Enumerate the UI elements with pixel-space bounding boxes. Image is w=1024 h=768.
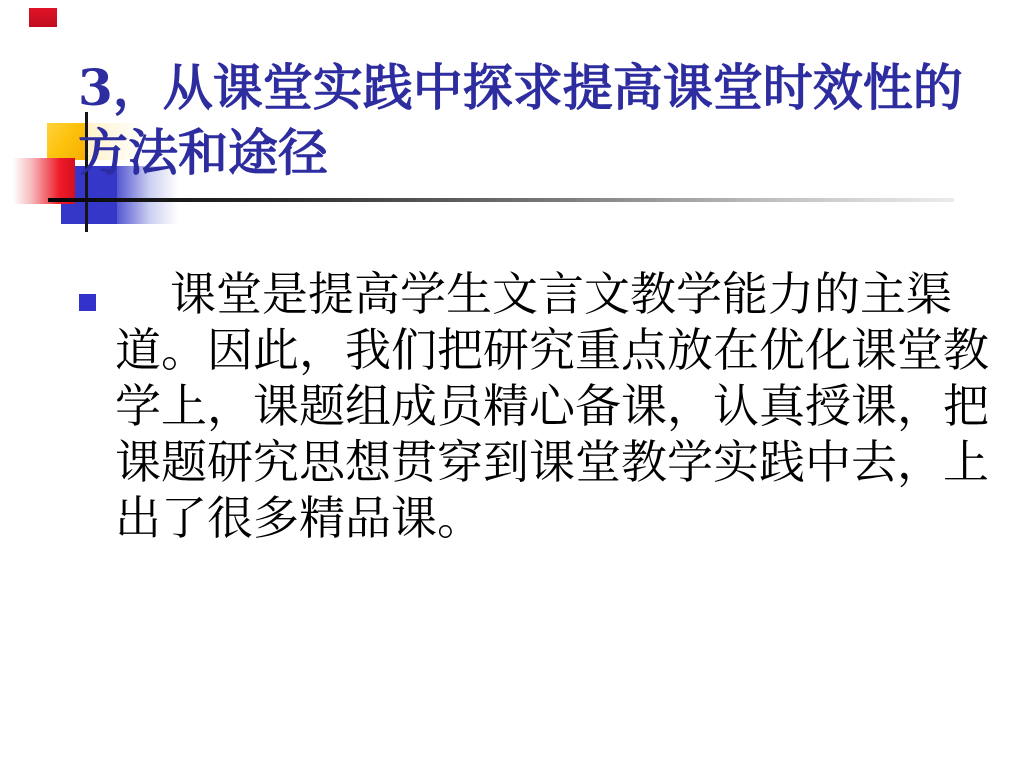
body-text-line: 出了很多精品课。 xyxy=(115,490,989,546)
title-underline xyxy=(48,198,954,202)
body-text-line: 道。因此，我们把研究重点放在优化课堂教 xyxy=(115,322,989,378)
body-paragraph: 课堂是提高学生文言文教学能力的主渠 道。因此，我们把研究重点放在优化课堂教 学上… xyxy=(115,266,989,546)
square-bullet-icon xyxy=(79,294,96,311)
slide: 3，从课堂实践中探求提高课堂时效性的 方法和途径 课堂是提高学生文言文教学能力的… xyxy=(0,0,1024,768)
corner-red-square-icon xyxy=(29,8,57,27)
body-text-line: 课题研究思想贯穿到课堂教学实践中去，上 xyxy=(115,434,989,490)
body-text-line: 课堂是提高学生文言文教学能力的主渠 xyxy=(115,266,989,322)
body-text-line: 学上，课题组成员精心备课，认真授课，把 xyxy=(115,378,989,434)
slide-title: 3，从课堂实践中探求提高课堂时效性的 方法和途径 xyxy=(78,55,963,185)
slide-title-line-1: 3，从课堂实践中探求提高课堂时效性的 xyxy=(78,55,963,120)
slide-title-line-2: 方法和途径 xyxy=(78,120,963,185)
